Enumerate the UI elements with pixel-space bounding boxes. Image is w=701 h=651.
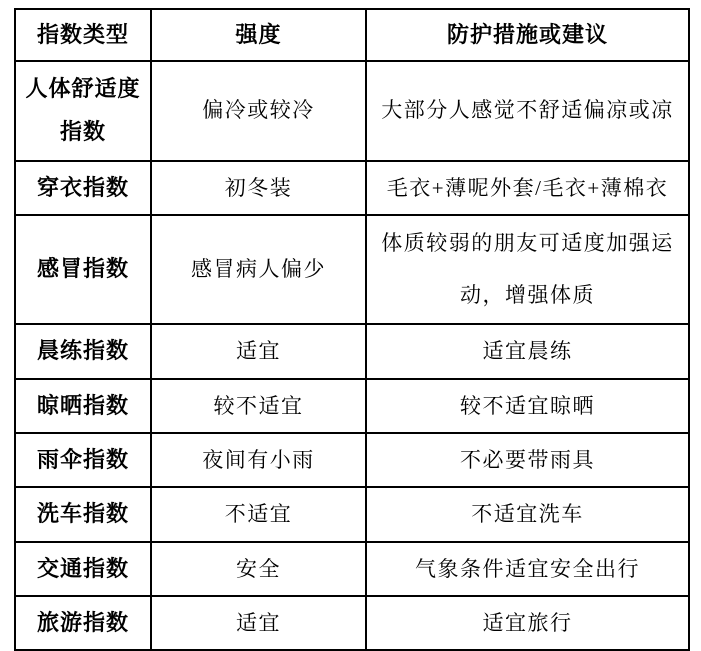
cell-index-type: 人体舒适度指数	[15, 61, 151, 161]
cell-strength: 较不适宜	[151, 379, 366, 433]
cell-index-type: 感冒指数	[15, 215, 151, 324]
cell-index-type: 交通指数	[15, 542, 151, 596]
table-header-row: 指数类型 强度 防护措施或建议	[15, 9, 689, 61]
table-row: 晨练指数 适宜 适宜晨练	[15, 324, 689, 378]
cell-advice: 气象条件适宜安全出行	[366, 542, 689, 596]
cell-strength: 不适宜	[151, 487, 366, 541]
cell-strength: 适宜	[151, 596, 366, 650]
cell-advice: 不适宜洗车	[366, 487, 689, 541]
cell-index-type: 雨伞指数	[15, 433, 151, 487]
cell-advice: 大部分人感觉不舒适偏凉或凉	[366, 61, 689, 161]
cell-strength: 初冬装	[151, 161, 366, 215]
cell-strength: 感冒病人偏少	[151, 215, 366, 324]
cell-strength: 偏冷或较冷	[151, 61, 366, 161]
page: 指数类型 强度 防护措施或建议 人体舒适度指数 偏冷或较冷 大部分人感觉不舒适偏…	[0, 0, 701, 647]
cell-index-type: 洗车指数	[15, 487, 151, 541]
cell-strength: 安全	[151, 542, 366, 596]
table-row: 穿衣指数 初冬装 毛衣+薄呢外套/毛衣+薄棉衣	[15, 161, 689, 215]
header-index-type: 指数类型	[15, 9, 151, 61]
cell-advice: 毛衣+薄呢外套/毛衣+薄棉衣	[366, 161, 689, 215]
header-strength: 强度	[151, 9, 366, 61]
cell-index-type: 晾晒指数	[15, 379, 151, 433]
table-row: 交通指数 安全 气象条件适宜安全出行	[15, 542, 689, 596]
cell-index-type: 穿衣指数	[15, 161, 151, 215]
cell-advice: 较不适宜晾晒	[366, 379, 689, 433]
cell-advice: 适宜晨练	[366, 324, 689, 378]
cell-strength: 夜间有小雨	[151, 433, 366, 487]
table-row: 旅游指数 适宜 适宜旅行	[15, 596, 689, 650]
cell-index-type: 晨练指数	[15, 324, 151, 378]
cell-index-type: 旅游指数	[15, 596, 151, 650]
table-row: 人体舒适度指数 偏冷或较冷 大部分人感觉不舒适偏凉或凉	[15, 61, 689, 161]
cell-strength: 适宜	[151, 324, 366, 378]
header-advice: 防护措施或建议	[366, 9, 689, 61]
table-row: 雨伞指数 夜间有小雨 不必要带雨具	[15, 433, 689, 487]
table-row: 洗车指数 不适宜 不适宜洗车	[15, 487, 689, 541]
cell-advice: 体质较弱的朋友可适度加强运动，增强体质	[366, 215, 689, 324]
table-row: 感冒指数 感冒病人偏少 体质较弱的朋友可适度加强运动，增强体质	[15, 215, 689, 324]
table-row: 晾晒指数 较不适宜 较不适宜晾晒	[15, 379, 689, 433]
cell-advice: 适宜旅行	[366, 596, 689, 650]
weather-index-table: 指数类型 强度 防护措施或建议 人体舒适度指数 偏冷或较冷 大部分人感觉不舒适偏…	[14, 8, 690, 651]
cell-advice: 不必要带雨具	[366, 433, 689, 487]
